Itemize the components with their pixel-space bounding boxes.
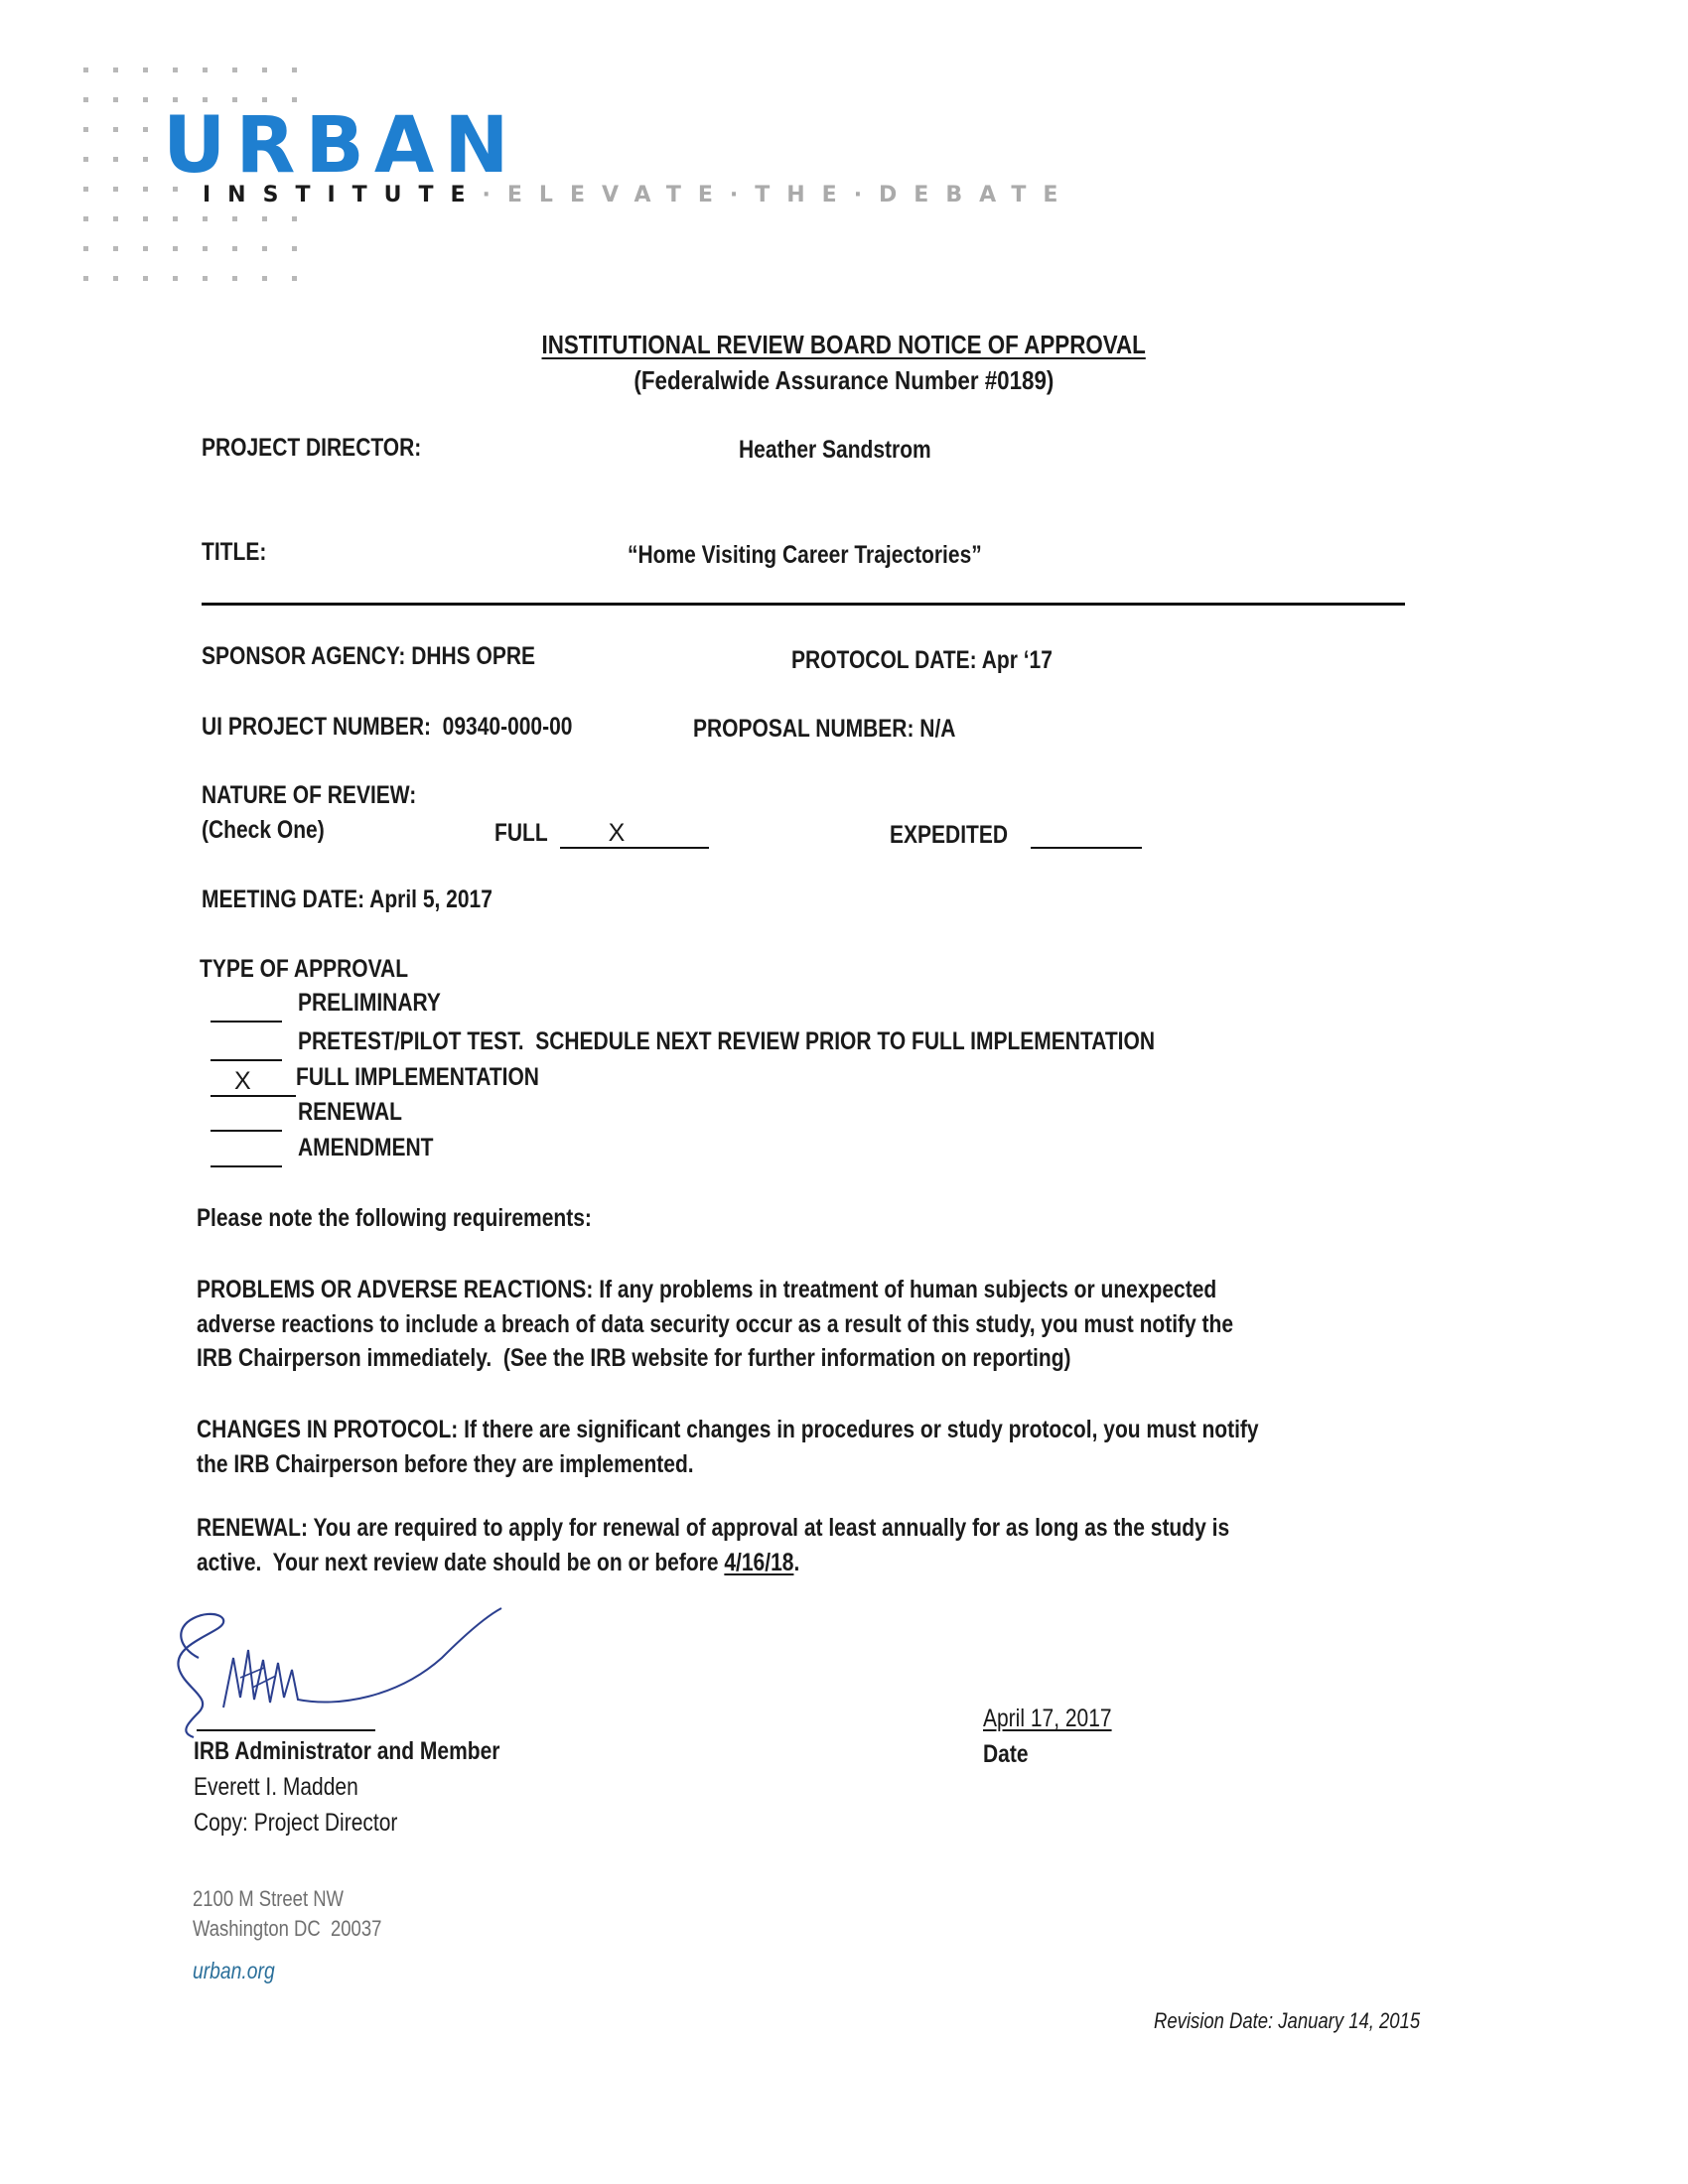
logo-slogan-1: ELEVATE	[507, 183, 730, 207]
logo-dot	[143, 246, 148, 251]
logo-dot	[203, 216, 208, 221]
logo-dot	[292, 276, 297, 281]
meeting-date: MEETING DATE: April 5, 2017	[202, 886, 548, 914]
review-full-mark: X	[560, 821, 709, 849]
logo-dot	[143, 127, 148, 132]
logo-dot	[83, 97, 88, 102]
logo-dot	[292, 216, 297, 221]
logo-dot	[83, 187, 88, 192]
logo-dot	[262, 68, 267, 72]
revision-date: Revision Date: January 14, 2015	[1154, 2008, 1471, 2034]
logo-dot	[173, 246, 178, 251]
logo-dot	[203, 246, 208, 251]
logo-dot	[113, 246, 118, 251]
logo-dot	[173, 68, 178, 72]
logo-dot	[173, 276, 178, 281]
approval-label: AMENDMENT	[298, 1134, 460, 1162]
logo-dot	[232, 246, 237, 251]
approval-type-heading: TYPE OF APPROVAL	[200, 955, 448, 984]
protocol-date: PROTOCOL DATE: Apr ‘17	[791, 646, 1102, 675]
logo-dot	[143, 276, 148, 281]
logo-dot	[113, 187, 118, 192]
logo-institute: INSTITUTE	[203, 183, 483, 207]
logo-dot	[113, 157, 118, 162]
check-one-hint: (Check One)	[202, 816, 348, 845]
signature-date-label: Date	[983, 1740, 1037, 1769]
address-line-2: Washington DC 20037	[193, 1916, 418, 1942]
logo-dot	[262, 246, 267, 251]
signature-date-value: April 17, 2017	[983, 1705, 1136, 1733]
approval-label: FULL IMPLEMENTATION	[296, 1063, 586, 1092]
logo-dot	[143, 157, 148, 162]
approval-mark	[211, 995, 282, 1023]
project-director-value: Heather Sandstrom	[739, 436, 968, 465]
logo-dot	[83, 276, 88, 281]
requirement-renewal: RENEWAL: You are required to apply for r…	[197, 1511, 1686, 1579]
logo-dot	[232, 276, 237, 281]
review-expedited-option[interactable]: EXPEDITED	[890, 821, 1031, 850]
logo-tagline: INSTITUTE·ELEVATE·THE·DEBATE	[203, 185, 1074, 206]
approval-label: PRELIMINARY	[298, 989, 468, 1018]
logo-dot	[113, 276, 118, 281]
logo-dot	[143, 187, 148, 192]
requirements-intro: Please note the following requirements:	[197, 1201, 1686, 1236]
sponsor-agency: SPONSOR AGENCY: DHHS OPRE	[202, 642, 599, 671]
logo-dot	[173, 216, 178, 221]
approval-mark	[211, 1033, 282, 1061]
approval-label: PRETEST/PILOT TEST. SCHEDULE NEXT REVIEW…	[298, 1027, 1318, 1056]
logo-dot	[83, 216, 88, 221]
requirement-problems-label: PROBLEMS OR ADVERSE REACTIONS:	[197, 1276, 593, 1303]
title-value: “Home Visiting Career Trajectories”	[628, 541, 1050, 570]
logo-dot	[83, 246, 88, 251]
copy-recipient: Copy: Project Director	[194, 1809, 437, 1838]
approval-label: RENEWAL	[298, 1098, 422, 1127]
approval-mark: X	[211, 1069, 296, 1097]
logo-dot	[143, 68, 148, 72]
document-title: INSTITUTIONAL REVIEW BOARD NOTICE OF APP…	[0, 330, 1688, 360]
logo-dot	[232, 216, 237, 221]
requirement-renewal-label: RENEWAL:	[197, 1514, 308, 1542]
review-full-option[interactable]: FULL	[494, 819, 558, 848]
logo-dot	[113, 97, 118, 102]
website-link[interactable]: urban.org	[193, 1958, 290, 1984]
requirement-changes-label: CHANGES IN PROTOCOL:	[197, 1416, 458, 1443]
review-expedited-mark	[1031, 821, 1142, 849]
logo-dot	[292, 246, 297, 251]
logo-dot	[262, 276, 267, 281]
logo-slogan-3: DEBATE	[879, 183, 1074, 207]
logo-separator: ·	[483, 183, 507, 207]
signature-scribble	[169, 1588, 566, 1747]
logo-dot	[83, 127, 88, 132]
logo-dot	[203, 276, 208, 281]
ui-project-number: UI PROJECT NUMBER: 09340-000-00	[202, 713, 643, 742]
signer-role: IRB Administrator and Member	[194, 1737, 558, 1766]
approval-mark	[211, 1140, 282, 1167]
proposal-number: PROPOSAL NUMBER: N/A	[693, 715, 1006, 744]
signer-name: Everett I. Madden	[194, 1773, 389, 1802]
requirement-problems: PROBLEMS OR ADVERSE REACTIONS: If any pr…	[197, 1273, 1686, 1376]
logo-urban-wordmark: URBAN	[163, 107, 519, 185]
logo-separator: ·	[854, 183, 879, 207]
logo-dot	[113, 127, 118, 132]
project-director-label: PROJECT DIRECTOR:	[202, 434, 463, 463]
next-review-date: 4/16/18	[724, 1549, 793, 1576]
logo-dot	[262, 216, 267, 221]
approval-mark	[211, 1104, 282, 1132]
logo-separator: ·	[730, 183, 755, 207]
title-label: TITLE:	[202, 538, 279, 567]
document-subtitle: (Federalwide Assurance Number #0189)	[0, 365, 1688, 396]
nature-of-review-label: NATURE OF REVIEW:	[202, 781, 457, 810]
logo-dot	[143, 97, 148, 102]
signature-line	[197, 1729, 375, 1731]
logo-dot	[83, 157, 88, 162]
address-line-1: 2100 M Street NW	[193, 1886, 372, 1912]
logo-dot	[232, 68, 237, 72]
logo-slogan-2: THE	[755, 183, 853, 207]
logo-dot	[113, 216, 118, 221]
logo-dot	[113, 68, 118, 72]
logo-dot	[203, 68, 208, 72]
logo-dot	[143, 216, 148, 221]
review-expedited-field[interactable]	[1031, 821, 1142, 856]
logo-dot	[292, 68, 297, 72]
review-full-field[interactable]: X	[560, 819, 709, 849]
requirement-changes: CHANGES IN PROTOCOL: If there are signif…	[197, 1413, 1686, 1481]
logo-dot	[83, 68, 88, 72]
title-divider	[202, 603, 1405, 606]
